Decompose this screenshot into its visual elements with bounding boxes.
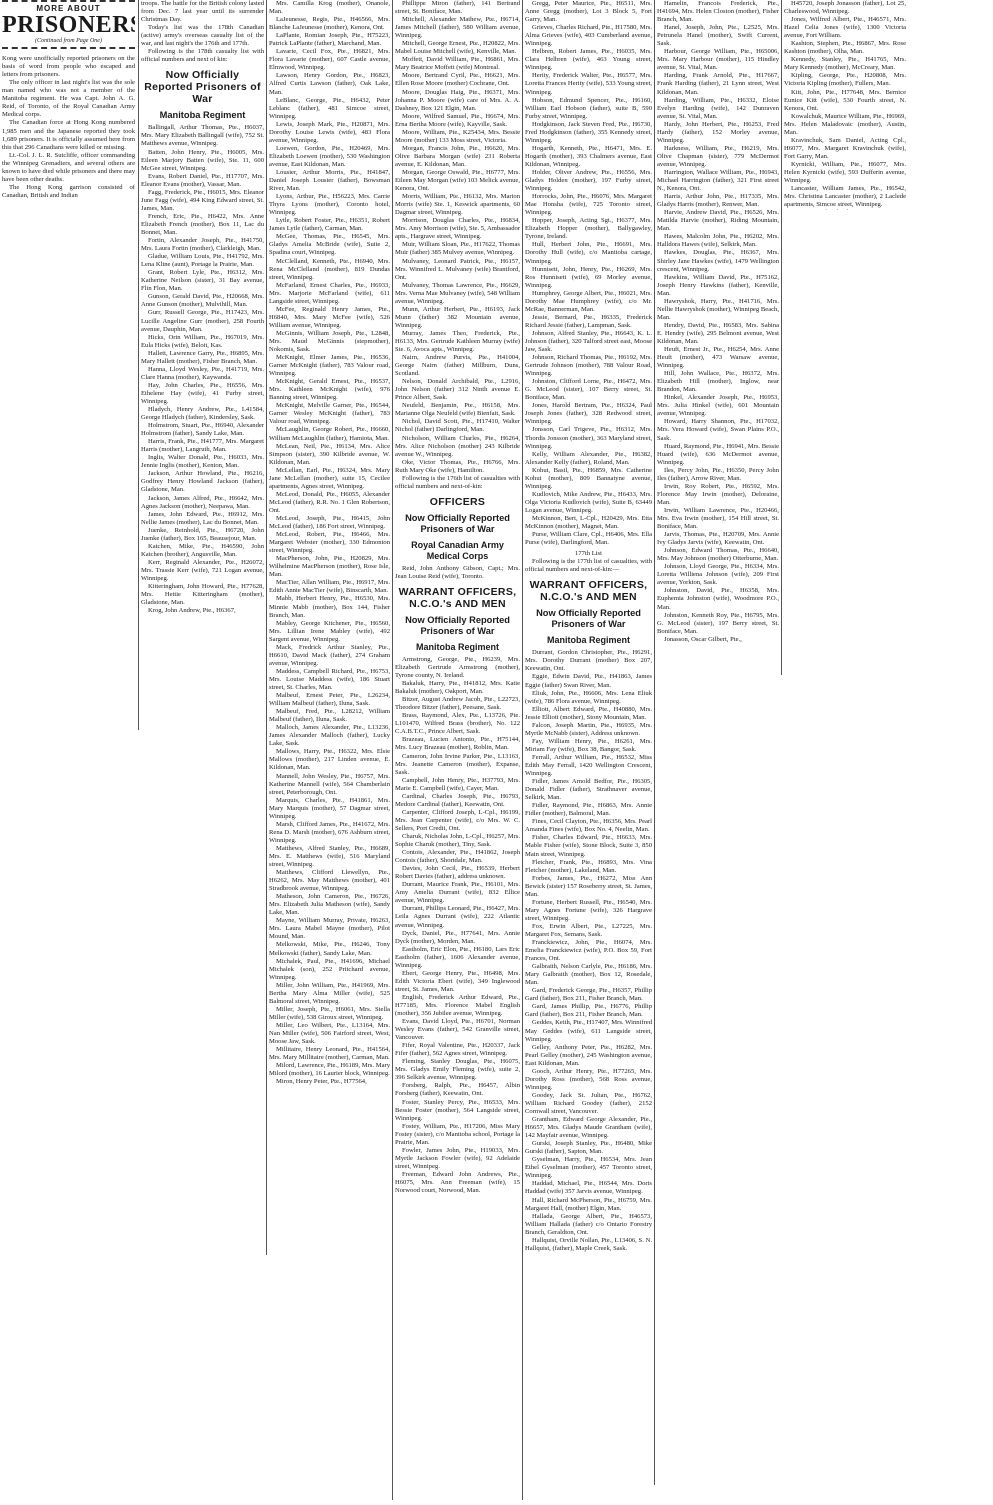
list-item: Matthews, Clifford Llewellyn, Pte., H626… xyxy=(269,869,390,893)
list-item: Gard, James Phillip, Pte., H6776, Philli… xyxy=(525,1003,652,1019)
list-item: Gladue, William Louis, Pte., H41792, Mrs… xyxy=(141,253,264,269)
list-item: Hallett, Lawrence Garry, Pte., H6895, Mr… xyxy=(141,350,264,366)
list-item: Hanel, Joseph, John, Pte., L2525, Mrs. P… xyxy=(657,24,779,48)
list-item: Grieves, Charles Richard, Pte., H17580, … xyxy=(525,24,652,48)
list-item: Evans, David Lloyd, Pte., H6701, Norman … xyxy=(395,1018,520,1042)
list-item: Morrison, Douglas Charles, Pte., H6834, … xyxy=(395,217,520,241)
list-item: Hay, John Charles, Pte., H6556, Mrs. Eth… xyxy=(141,382,264,406)
list-item: Kowalchuk, Maurice William, Pte., H6969,… xyxy=(784,113,906,137)
list-item: Moore, William, Pte., K25434, Mrs. Bessi… xyxy=(395,129,520,145)
list-item: Marsh, Clifford James, Pte., H41672, Mrs… xyxy=(269,821,390,845)
list-item: Moore, Wilfred Samuel, Pte., H6674, Mrs.… xyxy=(395,113,520,129)
list-item: Brass, Raymond, Alex, Pte., L13726, Pte.… xyxy=(395,712,520,736)
list-item: Hamelin, Francois Frederick, Pte., H4169… xyxy=(657,0,779,24)
list-item: Grant, Robert Lyle, Pte., H6312, Mrs. Ka… xyxy=(141,269,264,293)
list-item: Johnson, Richard Thomas, Pte., H6192, Mr… xyxy=(525,354,652,378)
list-item: Freeman, Edward John Andrews, Pte., H607… xyxy=(395,1171,520,1195)
list-item: English, Frederick Arthur Edward, Pte., … xyxy=(395,994,520,1018)
list-item: Lytle, Robert Foster, Pte., H6351, Rober… xyxy=(269,217,390,233)
casualty-list: Durrant, Gordon Christopher, Pte., H6291… xyxy=(525,649,652,1253)
column-2: troops. The battle for the British colon… xyxy=(141,0,264,735)
intro-paragraph: Lt.-Col. J. L. R. Sutcliffe, officer com… xyxy=(2,152,135,184)
list-item: Mulvaney, Thomas Lawrence, Pte., H6629, … xyxy=(395,282,520,306)
list-item: Murray, James Theo, Frederick, Pte., H61… xyxy=(395,330,520,354)
list-item: Hawkes, Douglas, Pte., H6367, Mrs. Shirl… xyxy=(657,249,779,273)
list-item: Kitteringham, John Howard, Pte., H77628,… xyxy=(141,583,264,607)
list-item: Miller, Leo Wilbert, Pte., L13164, Mrs. … xyxy=(269,1022,390,1046)
list-item: Mack, Fredrick Arthur Stanley, Pte., H66… xyxy=(269,644,390,668)
list-item: Eliuk, John, Pte., H6606, Mrs. Lena Eliu… xyxy=(525,690,652,706)
list-item: Jessie, Bernard, Pte., H6335, Frederick … xyxy=(525,314,652,330)
list-item: Malbeuf, Fred, Pte., L28212, William Mal… xyxy=(269,708,390,724)
list-item: Marquis, Charles, Pte., H41861, Mrs. Mar… xyxy=(269,797,390,821)
list-item: Kelly, William Alexander, Pte., H6382, A… xyxy=(525,451,652,467)
list-item: Geddes, Keith, Pte., H17407, Mrs. Winnif… xyxy=(525,1019,652,1043)
headline-box: MORE ABOUT PRISONERS (Continued from Pag… xyxy=(2,0,135,49)
list-item: MacPherson, John, Pte., H20829, Mrs. Wil… xyxy=(269,555,390,579)
list-item: Hendry, David, Pte., H6583, Mrs. Sabina … xyxy=(657,322,779,346)
list-item: Batten, John Henry, Pte., H6005, Mrs. Ei… xyxy=(141,149,264,173)
list-item: Hawkins, William David, Pte., H75162, Jo… xyxy=(657,274,779,298)
list-item: McLean, Neil, Pte., H6134, Mrs. Alice Si… xyxy=(269,443,390,467)
list-item: Nairn, Andrew Purvis, Pte., H41004, Geor… xyxy=(395,354,520,378)
corps-heading: Royal Canadian Army Medical Corps xyxy=(395,540,520,562)
list-item: Ebert, George Henry, Pte., H6498, Mrs. E… xyxy=(395,970,520,994)
list-item: Falcon, Joseph Martin, Pte., H6935, Mrs.… xyxy=(525,722,652,738)
list-item: Fagg, Frederick, Pte., H6015, Mrs. Elean… xyxy=(141,189,264,213)
list-item: Juenke, Reinhold, Pte., H6720, John Juen… xyxy=(141,527,264,543)
list-item: French, Eric, Pte., H6422, Mrs. Anne Eli… xyxy=(141,213,264,237)
list-item: Mitchell, Alexander Mathew, Pte., H6714,… xyxy=(395,16,520,40)
list-item: Ferrall, Arthur William, Pte., H6532, Mi… xyxy=(525,754,652,778)
list-item: Hawes, Malcolm John, Pte., H6202, Mrs. H… xyxy=(657,233,779,249)
list-item: Holmstrom, Stuart, Pte., H6940, Alexande… xyxy=(141,422,264,438)
list-title: 177th List xyxy=(525,550,652,558)
list-item: McKnight, Gerald Ernest, Pte., H6537, Mr… xyxy=(269,378,390,402)
list-item: Galbraith, Nelson Carlyle, Pte., H6186, … xyxy=(525,963,652,987)
list-item: Fidler, James Arnold Bedfor, Pte., H6305… xyxy=(525,778,652,802)
list-item: Kerr, Reginald Alexander, Pte., H26072, … xyxy=(141,559,264,583)
list-item: Hanna, Lloyd Wesley, Pte., H41719, Mrs. … xyxy=(141,366,264,382)
list-item: Harding, Frank Arnold, Pte., H17667, Fra… xyxy=(657,72,779,96)
intro-paragraph: The Canadian force at Hong Kong numbered… xyxy=(2,119,135,151)
list-item: Kipling, George, Pte., H20808, Mrs. Vict… xyxy=(784,72,906,88)
list-intro: Following is the 177th list of casualtie… xyxy=(525,558,652,574)
list-item: Goodey, Jack St. Julian, Pte., H6762, Wi… xyxy=(525,1092,652,1116)
column-rule xyxy=(266,0,267,1255)
list-item: Fidler, Raymond, Pte., H6863, Mrs. Annie… xyxy=(525,802,652,818)
list-item: Lewis, Joseph Mark, Pte., H20871, Mrs. D… xyxy=(269,121,390,145)
casualty-list: Hamelin, Francois Frederick, Pte., H4169… xyxy=(657,0,779,644)
list-item: Muir, William Sloan, Pte., H17622, Thoma… xyxy=(395,241,520,257)
list-item: Mannell, John Wesley, Pte., H6757, Mrs. … xyxy=(269,773,390,797)
list-item: Haddad, Michael, Pte., H6544, Mrs. Doris… xyxy=(525,1180,652,1196)
list-item: Harkness, William, Pte., H6219, Mrs. Oli… xyxy=(657,145,779,169)
list-item: MacTier, Allan William, Pte., H6917, Mrs… xyxy=(269,579,390,595)
list-item: Fostey, William, Pte., H17206, Miss Mary… xyxy=(395,1123,520,1147)
list-item: McLeod, Robert, Pte., H6466, Mrs. Margar… xyxy=(269,531,390,555)
list-item: Lancaster, William James, Pte., H6542, M… xyxy=(784,185,906,209)
headline-title: PRISONERS xyxy=(2,13,135,37)
list-item: LaPlante, Romian Joseph, Pte., H75223, P… xyxy=(269,32,390,48)
headline-continued: (Continued from Page One) xyxy=(2,37,135,45)
list-item: Mabb, Herbert Henry, Pte., H6530, Mrs. M… xyxy=(269,595,390,619)
column-rule xyxy=(392,0,393,1500)
list-item: McFarland, Ernest Charles, Pte., H6933, … xyxy=(269,282,390,306)
list-item: Forbes, James, Pte., H6272, Miss Ann Bew… xyxy=(525,875,652,899)
list-item: Jones, Wilfred Albert, Pte., H46571, Mrs… xyxy=(784,16,906,40)
list-item: Gyselman, Harry, Pte., H6534, Mrs. Jean … xyxy=(525,1156,652,1180)
list-item: Jarvis, Thomas, Pte., H20709, Mrs. Annie… xyxy=(657,531,779,547)
column-rule xyxy=(138,0,139,730)
list-item: McClelland, Kenneth, Pte., H6940, Mrs. R… xyxy=(269,258,390,282)
column-3: Mrs. Camilla Krog (mother), Onanole, Man… xyxy=(269,0,390,1260)
list-item: McFee, Reginald Henry James, Pte., H6840… xyxy=(269,306,390,330)
list-item: Lawson, Henry Gordon, Pte., H6823, Alfre… xyxy=(269,72,390,96)
list-item: Durrant, Gordon Christopher, Pte., H6291… xyxy=(525,649,652,673)
column-5: Gregg, Peter Maurice, Pte., H6511, Mrs. … xyxy=(525,0,652,1505)
list-item: Bakaluk, Harry, Pte., H41812, Mrs. Katie… xyxy=(395,680,520,696)
list-item: Mrs. Camilla Krog (mother), Onanole, Man… xyxy=(269,0,390,16)
list-item: Iles, Percy John, Pte., H6350, Percy Joh… xyxy=(657,467,779,483)
list-item: Johnson, Alfred Stanley, Pte., H6643, K.… xyxy=(525,330,652,354)
list-item: Davies, John Cecil, Pte., H6539, Herbert… xyxy=(395,865,520,881)
list-item: Evans, Robert Daniel, Pte., H17707, Mrs.… xyxy=(141,173,264,189)
list-item: Hallada, George Albert, Pte., H46573, Wi… xyxy=(525,1213,652,1237)
list-item: Kennedy, Stanley, Pte., H41765, Mrs. Mar… xyxy=(784,56,906,72)
regiment-heading: Manitoba Regiment xyxy=(141,110,264,121)
list-item: McKnight, Melville Garner, Pte., H6544, … xyxy=(269,402,390,426)
casualty-list: Phillippe Miron (father), 141 Bertrand s… xyxy=(395,0,520,475)
list-item: Gelley, Anthony Peter, Pte., H6282, Mrs.… xyxy=(525,1044,652,1068)
list-item: Contois, Alexander, Pte., H41862, Joseph… xyxy=(395,849,520,865)
list-item: Gooch, Arthur Henry, Pte., H77265, Mrs. … xyxy=(525,1068,652,1092)
list-item: McGinnis, William Joseph, Pte., L2848, M… xyxy=(269,330,390,354)
list-item: Harvie, Andrew David, Pte., H6526, Mrs. … xyxy=(657,209,779,233)
regiment-heading: Manitoba Regiment xyxy=(395,642,520,653)
list-item: Nelson, Donald Archibald, Pte., L2916, J… xyxy=(395,378,520,402)
list-item: Michalek, Paul, Pte., H41696, Michael Mi… xyxy=(269,958,390,982)
list-item: Hogarth, Kenneth, Pte., H6471, Mrs. E. H… xyxy=(525,145,652,169)
list-item: McKnight, Elmer James, Pte., H6536, Garn… xyxy=(269,354,390,378)
list-item: Hall, Richard McPherson, Pte., H6759, Mr… xyxy=(525,1197,652,1213)
list-item: Mayne, William Murray, Private, H6263, M… xyxy=(269,917,390,941)
list-item: Miller, Joseph, Pte., H6061, Mrs. Stella… xyxy=(269,1006,390,1022)
list-item: LaJeunesse, Regis, Pte., H46566, Mrs. Bl… xyxy=(269,16,390,32)
list-item: Ballingall, Arthur Thomas, Pte., H6037, … xyxy=(141,124,264,148)
regiment-heading: Manitoba Regiment xyxy=(525,635,652,646)
list-item: Nichol, David Scott, Pte., H17410, Walte… xyxy=(395,418,520,434)
list-item: Kyrnicki, William, Pte., H6077, Mrs. Hel… xyxy=(784,161,906,185)
list-item: Kudlovich, Mike Andrew, Pte., H6433, Mrs… xyxy=(525,491,652,515)
list-item: Nicholson, William Charles, Pte., H6264,… xyxy=(395,435,520,459)
list-item: Jonasson, Oscar Gilbert, Pte., xyxy=(657,636,779,644)
section-heading: Now Officially Reported Prisoners of War xyxy=(141,69,264,105)
list-item: Durrant, Maurice Frank, Pte., H6101, Mrs… xyxy=(395,881,520,905)
column-rule xyxy=(522,0,523,1500)
list-item: Fox, Erwin Albert, Pte., L27225, Mrs. Ma… xyxy=(525,923,652,939)
list-item: McLeod, Donald, Pte., H6055, Alexander M… xyxy=(269,491,390,515)
list-item: Neufeld, Benjamin, Pte., H6158, Mrs. Mar… xyxy=(395,402,520,418)
list-item: Forsberg, Ralph, Pte., H6457, Albin Fors… xyxy=(395,1082,520,1098)
list-item: McGee, Thomas, Pte., H6545, Mrs. Gladys … xyxy=(269,233,390,257)
intro-paragraph: The only officer in last night's list wa… xyxy=(2,79,135,119)
list-item: Fifer, Royal Valentine, Pte., H20337, Ja… xyxy=(395,1042,520,1058)
list-item: Elliott, Albert Edward, Pte., H40880, Mr… xyxy=(525,706,652,722)
list-item: Dyck, Daniel, Pte., H77641, Mrs. Annie D… xyxy=(395,930,520,946)
section-heading: Now Officially Reported Prisoners of War xyxy=(395,513,520,535)
list-item: Cardinal, Charles Joseph, Pte., H6793, M… xyxy=(395,793,520,809)
list-item: Irwin, Roy Robert, Pte., H6592, Mrs. Flo… xyxy=(657,483,779,507)
list-item: Fines, Cecil Clayton, Pte., H6356, Mrs. … xyxy=(525,818,652,834)
list-item: Armstrong, George, Pte., H6239, Mrs. Eli… xyxy=(395,656,520,680)
list-item: Eggie, Edwin David, Pte., H41863, James … xyxy=(525,673,652,689)
list-item: McLellan, Earl, Pte., H6324, Mrs. Mary J… xyxy=(269,467,390,491)
list-item: Milord, Lawrence, Pte., H6189, Mrs. Mary… xyxy=(269,1062,390,1078)
list-item: Fowler, James John, Pte., H19033, Mrs. M… xyxy=(395,1147,520,1171)
list-item: Helbren, Robert James, Pte., H6035, Mrs.… xyxy=(525,48,652,72)
list-item: Phillippe Miron (father), 141 Bertrand s… xyxy=(395,0,520,16)
list-item: Brazeau, Lucien Antonio, Pte., H75144, M… xyxy=(395,736,520,752)
list-item: Johnston, Kenneth Roy, Pte., H6795, Mrs.… xyxy=(657,612,779,636)
list-item: Katchen, Mike, Pte., H46590, John Katche… xyxy=(141,543,264,559)
list-item: Kravinchuk, Sam Daniel, Acting Cpl., H60… xyxy=(784,137,906,161)
list-item: Lavarie, Cecil Fox, Pte., H6821, Mrs. Fl… xyxy=(269,48,390,72)
list-item: Gurski, Joseph Stanley, Pte., H6480, Mik… xyxy=(525,1140,652,1156)
list-item: Matthews, Alfred Stanley, Pte., H6689, M… xyxy=(269,845,390,869)
list-item: Bitzer, August Andrew Jacob, Pte., L2272… xyxy=(395,696,520,712)
list-item: Lanyon, Frederick Clarence, Pte., H17382… xyxy=(784,209,906,210)
list-item: McLaughlin, George Robert, Pte., H6660, … xyxy=(269,426,390,442)
list-item: Gurr, Russell George, Pte., H17423, Mrs.… xyxy=(141,309,264,333)
column-7: H45720, Joseph Jonasson (father), Lot 25… xyxy=(784,0,906,210)
list-item: Charuk, Nicholas John, L-Cpl., H6257, Mr… xyxy=(395,833,520,849)
warrant-officers-heading: WARRANT OFFICERS, N.C.O.'s AND MEN xyxy=(525,579,652,603)
casualty-list: H45720, Joseph Jonasson (father), Lot 25… xyxy=(784,0,906,210)
list-item: Moore, Bertrand Cyril, Pte., H6621, Mrs.… xyxy=(395,72,520,88)
list-item: Oke, Victor Thomas, Pte., H6766, Mrs. Ru… xyxy=(395,459,520,475)
list-item: Hopper, Joseph, Acting Sgt., H6377, Mrs.… xyxy=(525,217,652,241)
list-item: Johnston, David, Pte., H6358, Mrs. Euphe… xyxy=(657,587,779,611)
list-item: Lyons, Arthur, Pte., H56223, Mrs. Carrie… xyxy=(269,193,390,217)
list-item: Kitt, John, Pte., H77648, Mrs. Bernice E… xyxy=(784,89,906,113)
list-item: Durrant, Phillips Leonard, Pte., H6427, … xyxy=(395,905,520,929)
list-item: Jackson, Arthur Howland, Pte., H6216, Go… xyxy=(141,470,264,494)
list-item: Horrocks, John, Pte., H6076, Mrs. Margar… xyxy=(525,193,652,217)
list-item: Harbour, George William, Pte., H65006, M… xyxy=(657,48,779,72)
list-item: Reid, John Anthony Gibson, Capt.; Mrs. J… xyxy=(395,565,520,581)
list-item: Hardy, John Herbert, Pte., H6253, Fred H… xyxy=(657,121,779,145)
list-item: Kohut, Basil, Pte., H6859, Mrs. Catherin… xyxy=(525,467,652,491)
list-item: Mallows, Harry, Pte., H6322, Mrs. Elsie … xyxy=(269,748,390,772)
list-item: Johnson, Lloyd George, Pte., H6334, Mrs.… xyxy=(657,563,779,587)
list-item: Fleming, Stanley Douglas, Pte., H6075, M… xyxy=(395,1058,520,1082)
list-item: Hunnisett, John, Henry, Pte., H6269, Mrs… xyxy=(525,266,652,290)
list-item: Franckiewicz, John, Pte., H6074, Mrs. Em… xyxy=(525,939,652,963)
list-item: Gunson, Gerald David, Pte., H20668, Mrs.… xyxy=(141,293,264,309)
list-item: Miron, Henry Peter, Pte., H77564, xyxy=(269,1078,390,1086)
casualty-list: Mrs. Camilla Krog (mother), Onanole, Man… xyxy=(269,0,390,1086)
list-item: Howard, Harry Shannon, Pte., H17032, Mrs… xyxy=(657,418,779,442)
list-item: Harrington, Wallace William, Pte., H6943… xyxy=(657,169,779,193)
list-item: McLeod, Joseph, Pte., H6415, John McLeod… xyxy=(269,515,390,531)
list-item: Jones, Harold Bertram, Pte., H6324, Paul… xyxy=(525,402,652,426)
list-item: Mitchell, George Ernest, Pte., H20822, M… xyxy=(395,40,520,56)
list-item: Grantham, Edward George Alexander, Pte.,… xyxy=(525,1116,652,1140)
section-heading: Now Officially Reported Prisoners of War xyxy=(525,608,652,630)
warrant-officers-heading: WARRANT OFFICERS, N.C.O.'s AND MEN xyxy=(395,586,520,610)
list-item: Foster, Stanley Percy, Pte., H6533, Mrs.… xyxy=(395,1099,520,1123)
list-item: H45720, Joseph Jonasson (father), Lot 25… xyxy=(784,0,906,16)
intro-paragraph: troops. The battle for the British colon… xyxy=(141,0,264,24)
column-6: Hamelin, Francois Frederick, Pte., H4169… xyxy=(657,0,779,700)
list-item: Hawryshok, Harry, Pte., H41716, Mrs. Nel… xyxy=(657,298,779,322)
casualty-list: Ballingall, Arthur Thomas, Pte., H6037, … xyxy=(141,124,264,615)
intro-paragraph: Kong were unofficially reported prisoner… xyxy=(2,55,135,79)
column-rule xyxy=(654,0,655,1485)
list-item: Hobson, Edmund Spencer, Pte., H6160, Wil… xyxy=(525,97,652,121)
column-rule xyxy=(781,0,782,675)
list-item: Hicks, Orin William, Pte., H67019, Mrs. … xyxy=(141,334,264,350)
list-item: Hallquist, Orville Nollan, Pte., L13406,… xyxy=(525,1237,652,1253)
list-item: Johnston, Clifford Lorne, Pte., H6472, M… xyxy=(525,378,652,402)
list-item: Matheson, John Cameron, Pte., H6726, Mrs… xyxy=(269,893,390,917)
list-item: Malbeuf, Ernest Peter, Pte., L26234, Wil… xyxy=(269,692,390,708)
intro-paragraph: Today's list was the 178th Canadian (act… xyxy=(141,24,264,48)
casualty-list: Gregg, Peter Maurice, Pte., H6511, Mrs. … xyxy=(525,0,652,547)
officers-heading: OFFICERS xyxy=(395,496,520,508)
list-item: Millitaire, Henry Leonard, Pte., H41564,… xyxy=(269,1046,390,1062)
list-item: Mabley, George Kitchener, Pte., H6560, M… xyxy=(269,620,390,644)
list-item: Hinkel, Alexander Joseph, Pte., H6953, M… xyxy=(657,394,779,418)
list-item: Fletcher, Frank, Pte., H6893, Mrs. Vina … xyxy=(525,859,652,875)
list-item: Harris, Arthur John, Pte., H17335, Mrs. … xyxy=(657,193,779,209)
list-item: Hladych, Henry Andrew, Pte., L41584, Geo… xyxy=(141,406,264,422)
list-item: Miller, John William, Pte., H41969, Mrs.… xyxy=(269,982,390,1006)
list-item: Eastholm, Eric Elon, Pte., H6180, Lars E… xyxy=(395,946,520,970)
list-item: Johnson, Edward Thomas, Pte., H6640, Mrs… xyxy=(657,547,779,563)
list-item: Hull, Herbert John, Pte., H6691, Mrs. Do… xyxy=(525,241,652,265)
list-item: Fisher, Charles Edward, Pte., H6633, Mrs… xyxy=(525,834,652,858)
list-item: Morgan, George Oswald, Pte., H6777, Mrs.… xyxy=(395,169,520,193)
list-item: Fay, William Henry, Pte., H6261, Mrs. Mi… xyxy=(525,738,652,754)
list-item: Morgan, Francis John, Pte., H6620, Mrs. … xyxy=(395,145,520,169)
list-item: Humphrey, George Albert, Pte., H6021, Mr… xyxy=(525,290,652,314)
list-item: Moore, Douglas Haig, Pte., H6371, Mrs. J… xyxy=(395,89,520,113)
list-item: LeBlanc, George, Pte., H6432, Peter Lebl… xyxy=(269,97,390,121)
list-item: Gregg, Peter Maurice, Pte., H6511, Mrs. … xyxy=(525,0,652,24)
casualty-list: Armstrong, George, Pte., H6239, Mrs. Eli… xyxy=(395,656,520,1195)
list-intro: Following is the 176th list of casualtie… xyxy=(395,475,520,491)
list-item: Malloch, James Alexander, Pte., L13236, … xyxy=(269,724,390,748)
list-item: Munn, Arthur Herbert, Pte., H6193, Jack … xyxy=(395,306,520,330)
list-item: Mulvaney, Leonard Patrick, Pte., H6157, … xyxy=(395,258,520,282)
list-item: Loewen, Gordon, Pte., H20469, Mrs. Eliza… xyxy=(269,145,390,169)
list-item: Hill, John Wallace, Pte., H6372, Mrs. El… xyxy=(657,370,779,394)
list-item: Inglis, Walter Donald, Pte., H6033, Mrs.… xyxy=(141,454,264,470)
list-item: Cameron, John Irvine Parker, Pte., L1316… xyxy=(395,753,520,777)
list-item: James, John Edward, Pte., H6912, Mrs. Ne… xyxy=(141,511,264,527)
list-item: Maddess, Campbell Richard, Pte., H6753, … xyxy=(269,668,390,692)
list-item: Morris, William, Pte., H6132, Mrs. Mario… xyxy=(395,193,520,217)
list-item: Lousier, Arthur Morris, Pte., H41847, Da… xyxy=(269,169,390,193)
list-item: Irwin, William Lawrence, Pte., H20466, M… xyxy=(657,507,779,531)
list-item: Krog, John Andrew, Pte., H6367, xyxy=(141,607,264,615)
intro-paragraph: Following is the 178th casualty list wit… xyxy=(141,48,264,64)
list-item: Jonsson, Carl Trigeve, Pte., H6312, Mrs.… xyxy=(525,426,652,450)
intro-paragraph: The Hong Kong garrison consisted of Cana… xyxy=(2,184,135,200)
list-item: Campbell, John Henry, Pte., H37793, Mrs.… xyxy=(395,777,520,793)
list-item: Herity, Frederick Walter, Pte., H6577, M… xyxy=(525,72,652,96)
list-item: Carpenter, Clifford Joseph, L-Cpl., H619… xyxy=(395,809,520,833)
list-item: Hodgkinson, Jack Steven Fred, Pte., H673… xyxy=(525,121,652,145)
list-item: Heuft, Ernest Jr., Pte., H6254, Mrs. Ann… xyxy=(657,346,779,370)
column-1: MORE ABOUT PRISONERS (Continued from Pag… xyxy=(2,0,135,780)
list-item: Fortune, Herbert Russell, Pte., H6540, M… xyxy=(525,899,652,923)
list-item: Melkowski, Mike, Pte., H6246, Tony Melko… xyxy=(269,941,390,957)
column-4: Phillippe Miron (father), 141 Bertrand s… xyxy=(395,0,520,1505)
list-item: McKinnon, Bert, L-Cpl., H20429, Mrs. Ett… xyxy=(525,515,652,531)
list-item: Harding, William, Pte., H6332, Eloise Ev… xyxy=(657,97,779,121)
list-item: Holder, Oliver Andrew, Pte., H6556, Mrs.… xyxy=(525,169,652,193)
list-item: Fortin, Alexander Joseph, Pte., H41750, … xyxy=(141,237,264,253)
list-item: Jackson, James Alfred, Pte., H6642, Mrs.… xyxy=(141,495,264,511)
list-item: Gard, Frederick George, Pte., H6357, Phi… xyxy=(525,987,652,1003)
section-heading: Now Officially Reported Prisoners of War xyxy=(395,615,520,637)
list-item: Harris, Frank, Pte., H41777, Mrs. Margar… xyxy=(141,438,264,454)
list-item: Purse, William Clare, Cpl., H6406, Mrs. … xyxy=(525,531,652,547)
list-item: Kashton, Stephen, Pte., H6867, Mrs. Rose… xyxy=(784,40,906,56)
list-item: Moffett, David William, Pte., H6861, Mrs… xyxy=(395,56,520,72)
list-item: Huard, Raymond, Pte., H6941, Mrs. Bessie… xyxy=(657,443,779,467)
